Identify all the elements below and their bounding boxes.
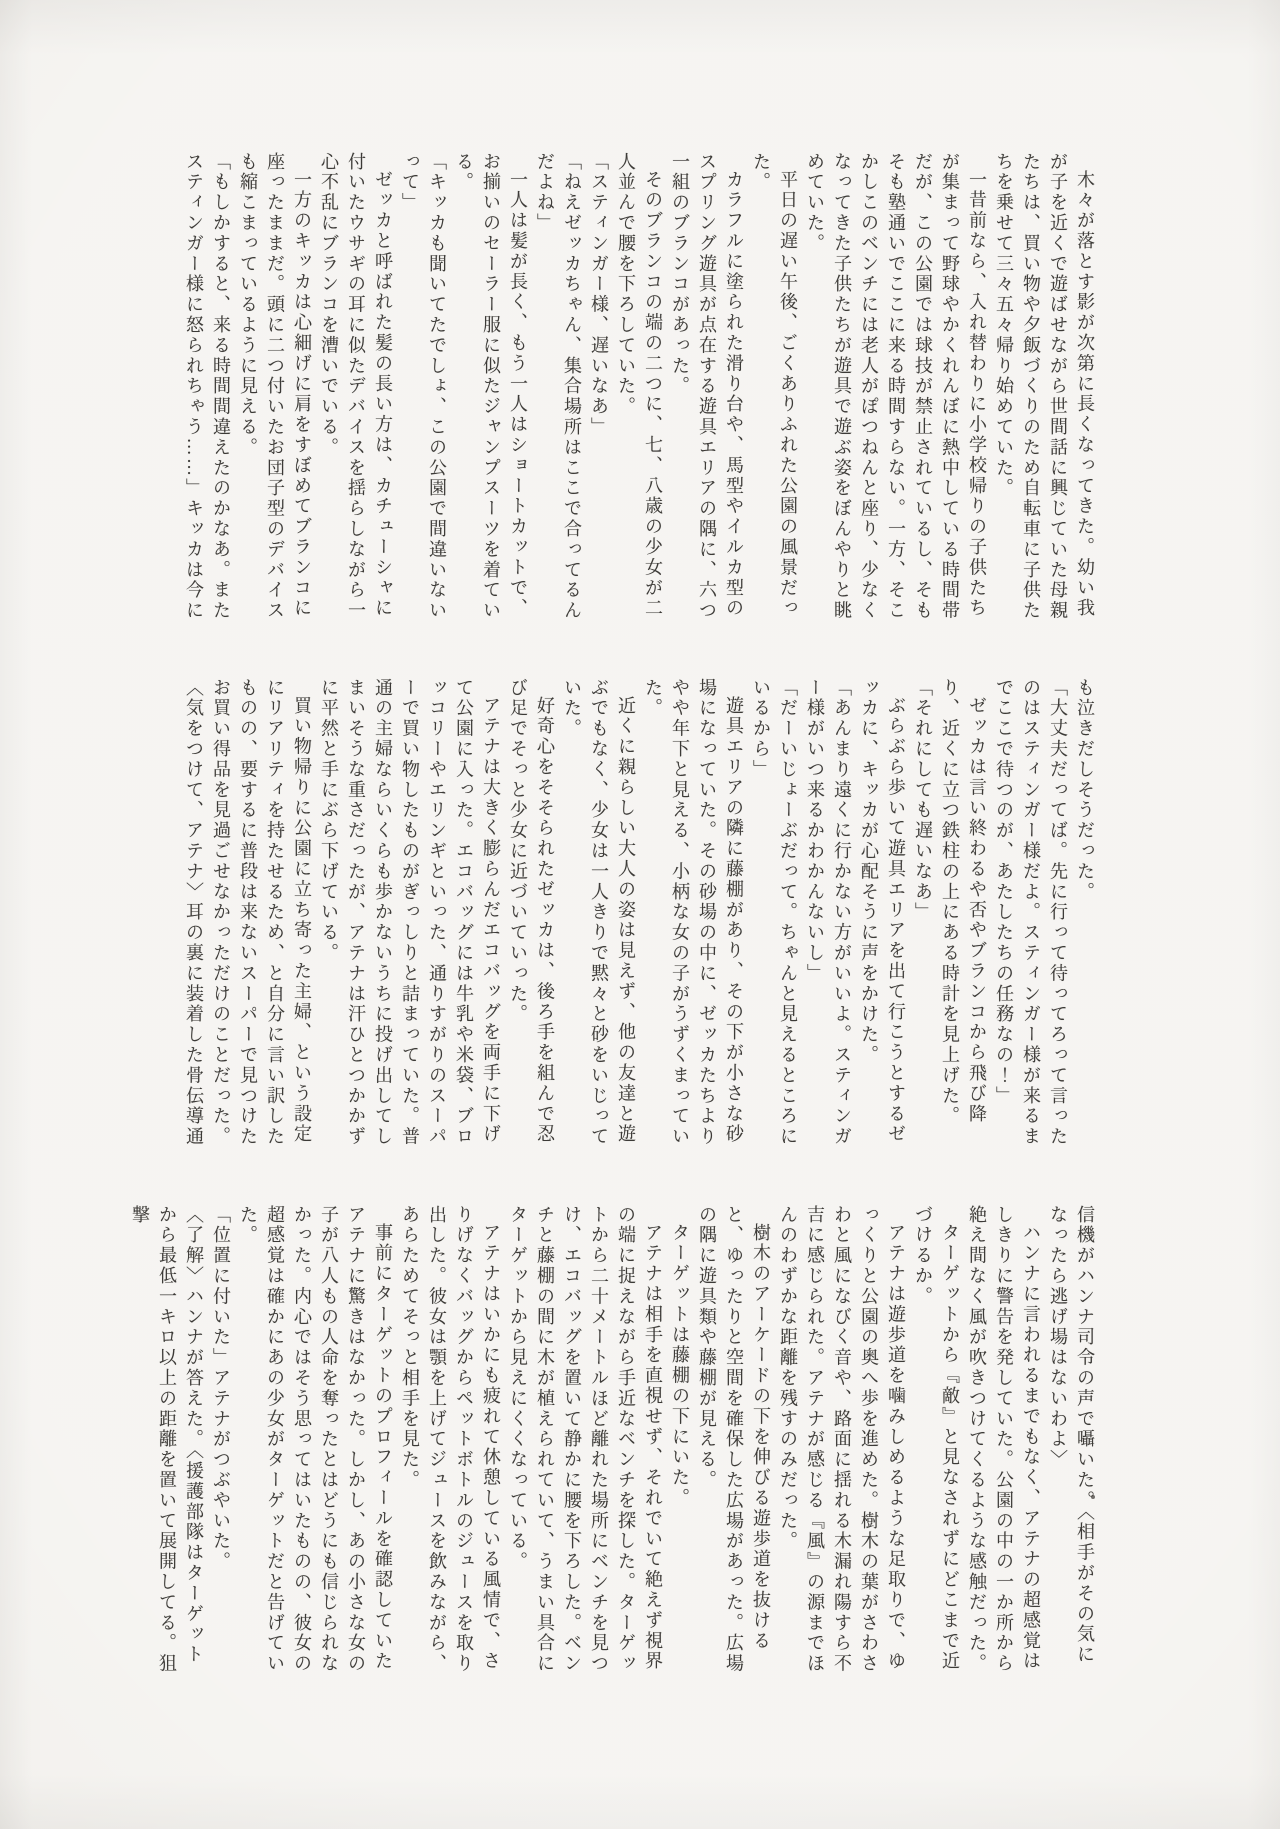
paragraph: 一人は髪が長く、もう一人はショートカットで、お揃いのセーラー服に似たジャンプスー… xyxy=(450,152,531,624)
paragraph: ターゲットから『敵』と見なされずにどこまで近づけるか。 xyxy=(909,1205,963,1677)
paragraph: 「もしかすると、来る時間間違えたのかなあ。またスティンガー様に怒られちゃう……」… xyxy=(180,152,234,624)
paragraph: アテナはいかにも疲れて休憩している風情で、さりげなくバッグからペットボトルのジュ… xyxy=(396,1205,504,1677)
paragraph: ゼッカと呼ばれた髪の長い方は、カチューシャに付いたウサギの耳に似たデバイスを揺ら… xyxy=(315,152,396,624)
paragraph: 〈了解〉ハンナが答えた。〈援護部隊はターゲットから最低一キロ以上の距離を置いて展… xyxy=(126,1205,207,1677)
paragraph: ゼッカは言い終わるや否やブランコから飛び降り、近くに立つ鉄柱の上にある時計を見上… xyxy=(909,678,990,1150)
text-block-top: 木々が落とす影が次第に長くなってきた。幼い我が子を近くで遊ばせながら世間話に興じ… xyxy=(180,152,1098,624)
paragraph: ぶらぶら歩いて遊具エリアを出て行こうとするゼッカに、キッカが心配そうに声をかけた… xyxy=(855,678,909,1150)
paragraph: 平日の遅い午後、ごくありふれた公園の風景だった。 xyxy=(747,152,801,624)
paragraph: カラフルに塗られた滑り台や、馬型やイルカ型のスプリング遊具が点在する遊具エリアの… xyxy=(666,152,747,624)
paragraph: 木々が落とす影が次第に長くなってきた。幼い我が子を近くで遊ばせながら世間話に興じ… xyxy=(990,152,1098,624)
paragraph: 「ねえゼッカちゃん、集合場所はここで合ってるんだよね」 xyxy=(531,152,585,624)
paragraph: ハンナに言われるまでもなく、アテナの超感覚はしきりに警告を発していた。公園の中の… xyxy=(963,1205,1044,1677)
paragraph: 「スティンガー様、遅いなあ」 xyxy=(585,152,612,624)
scan-artifact-dot xyxy=(1091,1495,1095,1499)
paragraph: 遊具エリアの隣に藤棚があり、その下が小さな砂場になっていた。その砂場の中に、ゼッ… xyxy=(639,678,747,1150)
paragraph: そのブランコの端の二つに、七、八歳の少女が二人並んで腰を下ろしていた。 xyxy=(612,152,666,624)
paragraph: ターゲットは藤棚の下にいた。 xyxy=(666,1205,693,1677)
paragraph: 事前にターゲットのプロフィールを確認していたアテナに驚きはなかった。しかし、あの… xyxy=(234,1205,396,1677)
paragraph: アテナは大きく膨らんだエコバッグを両手に下げて公園に入った。エコバッグには牛乳や… xyxy=(315,678,504,1150)
paragraph: 「キッカも聞いてたでしょ、この公園で間違いないって」 xyxy=(396,152,450,624)
paragraph: 近くに親らしい大人の姿は見えず、他の友達と遊ぶでもなく、少女は一人きりで黙々と砂… xyxy=(558,678,639,1150)
text-block-bottom: 信機がハンナ司令の声で囁いた。〈相手がその気になったら逃げ場はないわよ〉ハンナに… xyxy=(126,1205,1098,1677)
paragraph: 一方のキッカは心細げに肩をすぼめてブランコに座ったままだ。頭に二つ付いたお団子型… xyxy=(234,152,315,624)
paragraph: アテナは相手を直視せず、それでいて絶えず視界の端に捉えながら手近なベンチを探した… xyxy=(504,1205,666,1677)
paragraph: 樹木のアーケードの下を伸びる遊歩道を抜けると、ゆったりと空間を確保した広場があっ… xyxy=(693,1205,774,1677)
paragraph: 「大丈夫だってば。先に行って待ってろって言ったのはスティンガー様だよ。スティンガ… xyxy=(990,678,1071,1150)
paragraph: 〈気をつけて、アテナ〉耳の裏に装着した骨伝導通 xyxy=(180,678,207,1150)
paragraph: 買い物帰りに公園に立ち寄った主婦、という設定にリアリティを持たせるため、と自分に… xyxy=(207,678,315,1150)
paragraph: 信機がハンナ司令の声で囁いた。〈相手がその気になったら逃げ場はないわよ〉 xyxy=(1044,1205,1098,1677)
paragraph: も泣きだしそうだった。 xyxy=(1071,678,1098,1150)
paragraph: 「あんまり遠くに行かない方がいいよ。スティンガー様がいつ来るかわかんないし」 xyxy=(801,678,855,1150)
paragraph: 一昔前なら、入れ替わりに小学校帰りの子供たちが集まって野球やかくれんぼに熱中して… xyxy=(801,152,990,624)
text-block-middle: も泣きだしそうだった。「大丈夫だってば。先に行って待ってろって言ったのはスティン… xyxy=(180,678,1098,1150)
paragraph: 「だーいじょーぶだって。ちゃんと見えるところにいるから」 xyxy=(747,678,801,1150)
paragraph: 「位置に付いた」アテナがつぶやいた。 xyxy=(207,1205,234,1677)
paragraph: 好奇心をそそられたゼッカは、後ろ手を組んで忍び足でそっと少女に近づいていった。 xyxy=(504,678,558,1150)
paragraph: アテナは遊歩道を噛みしめるような足取りで、ゆっくりと公園の奥へ歩を進めた。樹木の… xyxy=(774,1205,909,1677)
scanned-novel-page: 木々が落とす影が次第に長くなってきた。幼い我が子を近くで遊ばせながら世間話に興じ… xyxy=(0,0,1280,1829)
